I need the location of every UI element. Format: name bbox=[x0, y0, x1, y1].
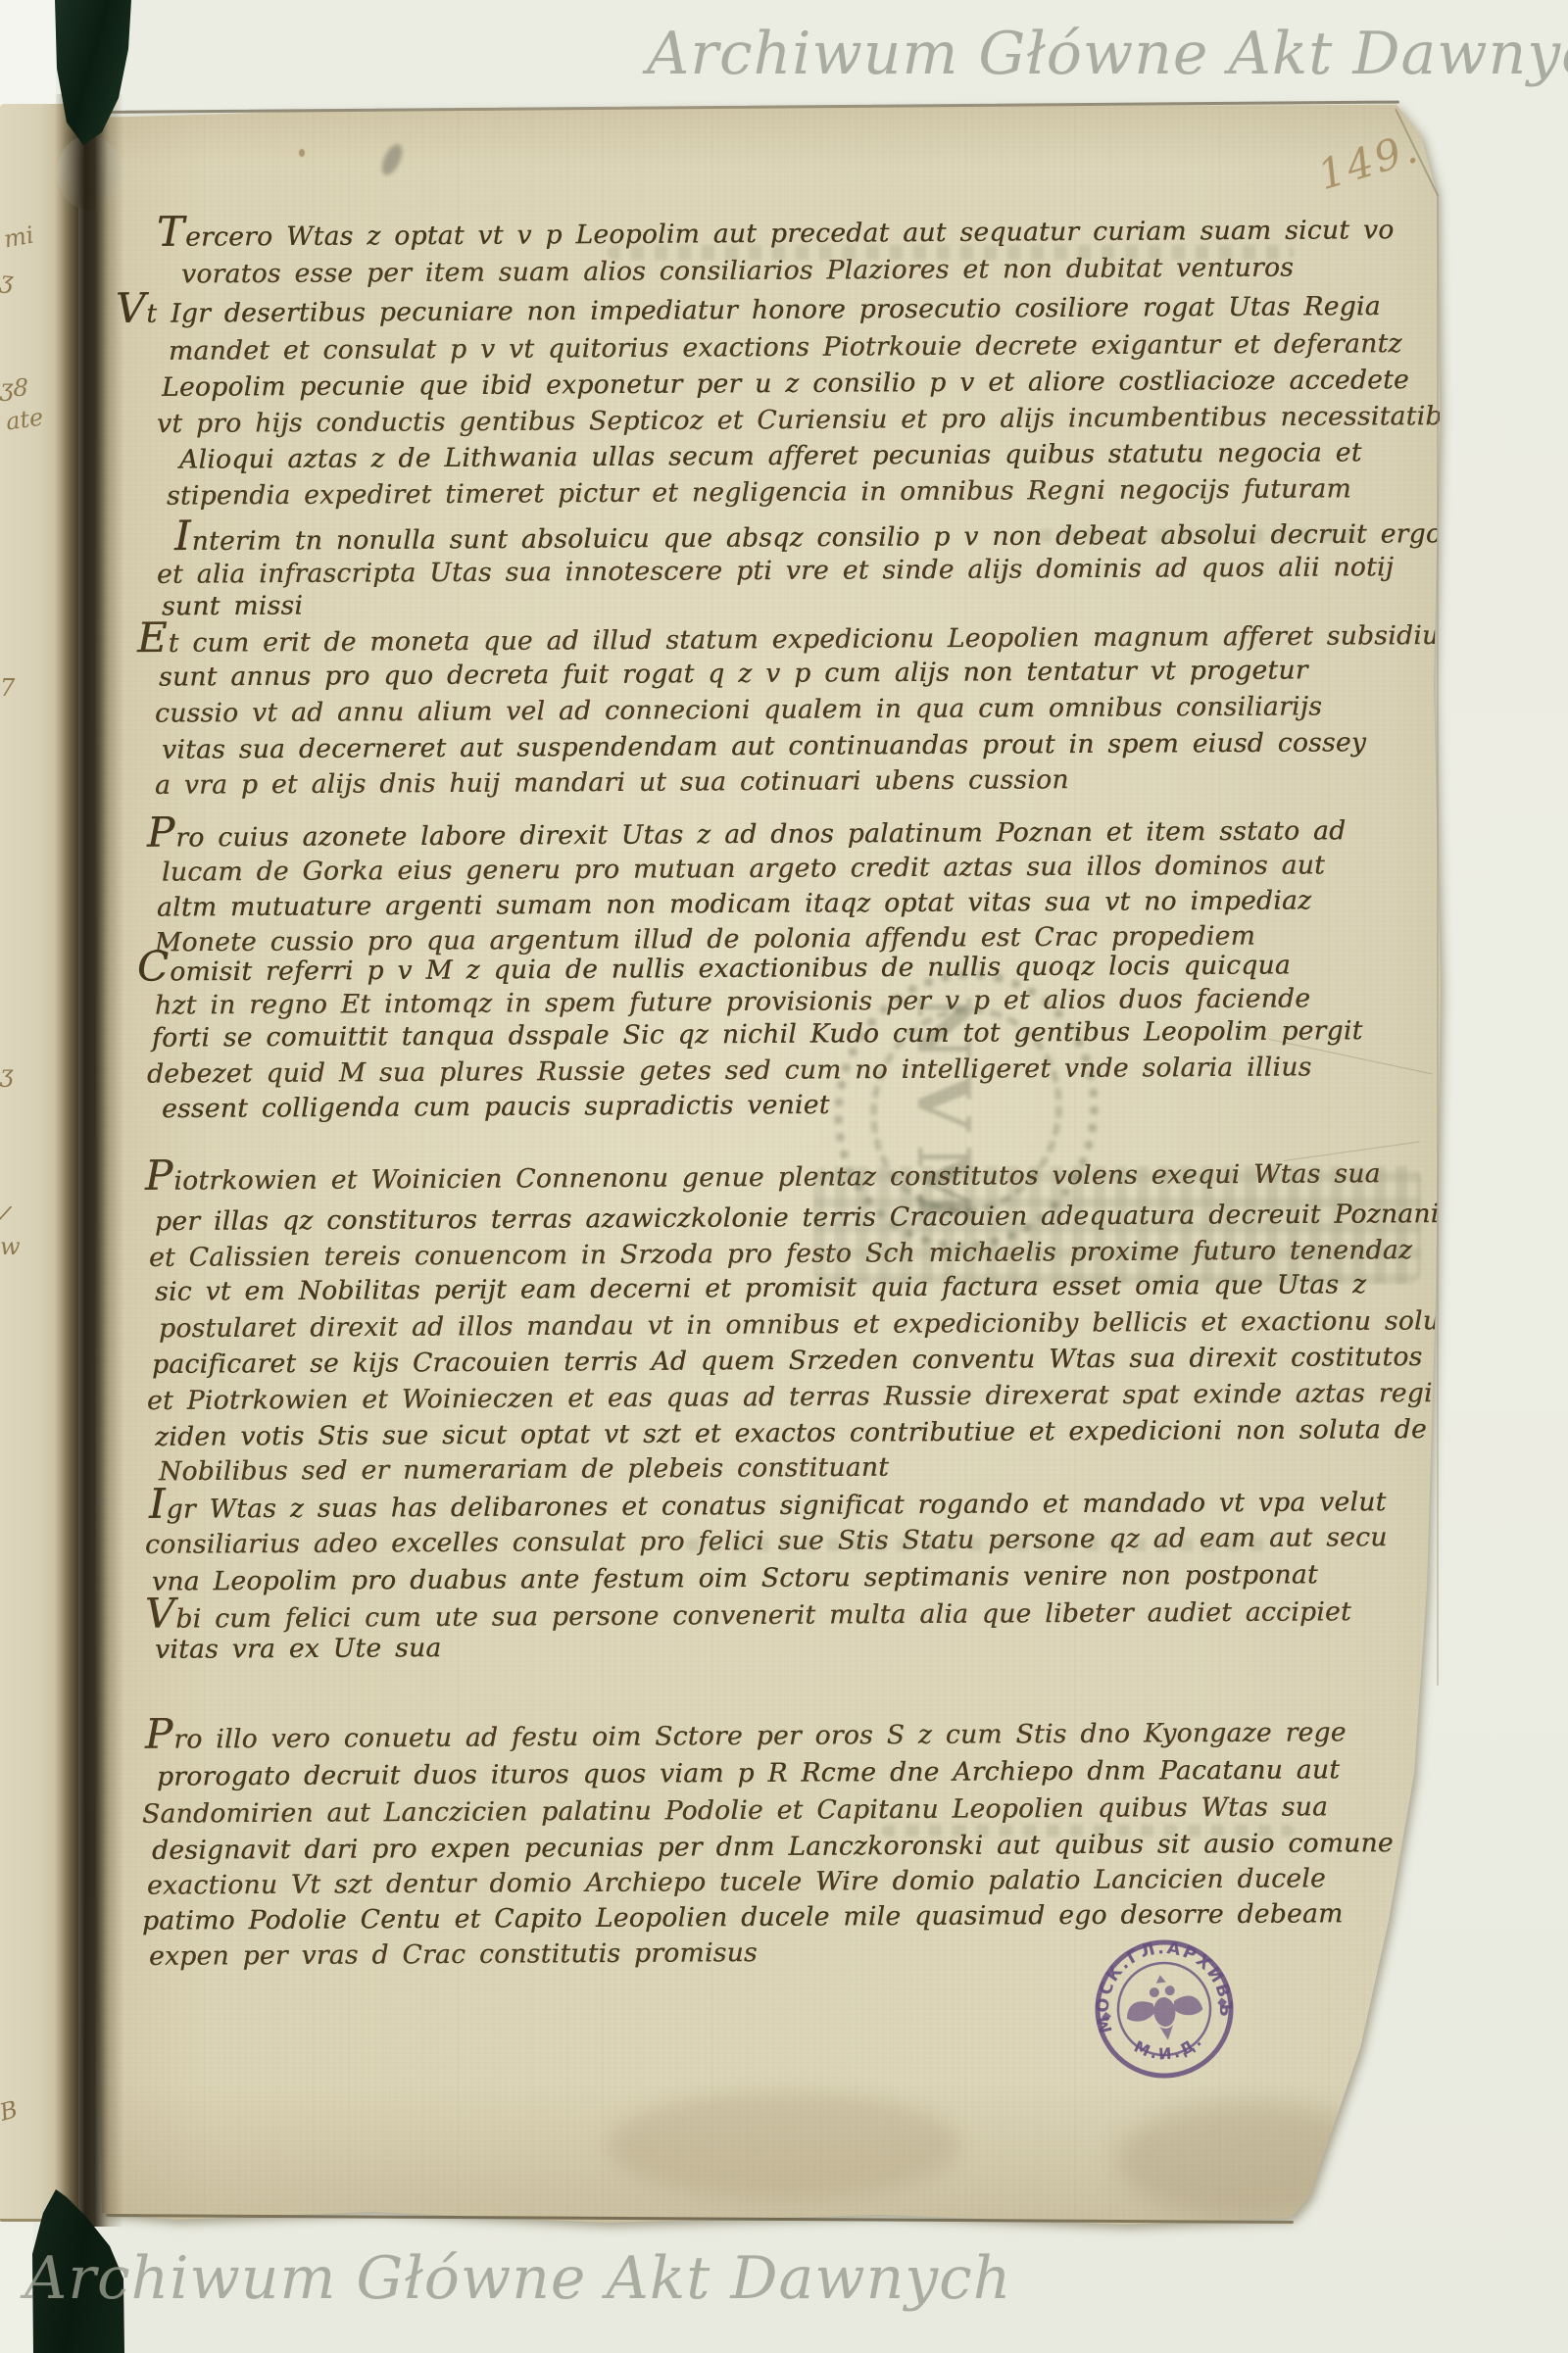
manuscript-line: ziden votis Stis sue sicut optat vt szt … bbox=[155, 1415, 1427, 1456]
manuscript-line: pacificaret se kijs Cracouien terris Ad … bbox=[152, 1343, 1423, 1384]
manuscript-line: essent colligenda cum paucis supradictis… bbox=[162, 1091, 830, 1128]
manuscript-line: et alia infrascripta Utas sua innotescer… bbox=[157, 553, 1394, 594]
manuscript-line: Pro illo vero conuetu ad festu oim Sctor… bbox=[145, 1716, 1347, 1756]
archive-watermark-bottom: Archiwum Główne Akt Dawnych bbox=[24, 2244, 1011, 2313]
archive-watermark-top: Archiwum Główne Akt Dawnych bbox=[647, 20, 1568, 88]
manuscript-line: Tercero Wtas z optat vt v p Leopolim aut… bbox=[157, 214, 1395, 255]
manuscript-line: Igr Wtas z suas has delibarones et conat… bbox=[149, 1486, 1387, 1527]
manuscript-text-block: Tercero Wtas z optat vt v p Leopolim aut… bbox=[59, 102, 1445, 2230]
manuscript-line: Sandomirien aut Lanczicien palatinu Podo… bbox=[142, 1792, 1328, 1833]
page-shadow-wrapper: NVM Tercero Wtas z optat vt v p Leopolim… bbox=[0, 0, 1568, 2353]
manuscript-scan: miʒʒ8ate7ʒ/wB NVM Tercero Wtas z optat v… bbox=[0, 0, 1568, 2353]
manuscript-line: sunt annus pro quo decreta fuit rogat q … bbox=[159, 656, 1308, 696]
manuscript-line: Pro cuius azonete labore direxit Utas z … bbox=[147, 814, 1347, 855]
gutter-shadow bbox=[55, 94, 123, 2227]
manuscript-line: Nobilibus sed er numerariam de plebeis c… bbox=[159, 1453, 889, 1492]
manuscript-line: prorogato decruit duos ituros quos viam … bbox=[157, 1755, 1340, 1795]
manuscript-line: Leopolim pecunie que ibid exponetur per … bbox=[162, 366, 1409, 407]
manuscript-line: sic vt em Nobilitas perijt eam decerni e… bbox=[155, 1270, 1366, 1311]
manuscript-line: consiliarius adeo excelles consulat pro … bbox=[145, 1523, 1388, 1564]
manuscript-line: Vt Igr desertibus pecuniare non impediat… bbox=[116, 290, 1381, 331]
manuscript-line: et Piotrkowien et Woinieczen et eas quas… bbox=[147, 1379, 1448, 1420]
manuscript-line: per illas qz constituros terras azawiczk… bbox=[155, 1200, 1472, 1241]
manuscript-line: vitas sua decerneret aut suspendendam au… bbox=[162, 728, 1366, 769]
manuscript-line: vna Leopolim pro duabus ante festum oim … bbox=[152, 1560, 1318, 1600]
manuscript-line: Vbi cum felici cum ute sua persone conve… bbox=[145, 1595, 1351, 1637]
manuscript-line: Comisit referri p v M z quia de nullis e… bbox=[137, 949, 1291, 989]
manuscript-line: a vra p et alijs dnis huij mandari ut su… bbox=[155, 765, 1069, 805]
manuscript-line: mandet et consulat p v vt quitorius exac… bbox=[169, 329, 1402, 370]
page-right-edge bbox=[1437, 196, 1439, 1686]
manuscript-line: Alioqui aztas z de Lithwania ullas secum… bbox=[179, 438, 1362, 478]
manuscript-page: NVM Tercero Wtas z optat vt v p Leopolim… bbox=[59, 102, 1445, 2230]
manuscript-line: Piotrkowien et Woinicien Connenonu genue… bbox=[145, 1157, 1381, 1199]
manuscript-line: stipendia expediret timeret pictur et ne… bbox=[167, 474, 1351, 515]
manuscript-line: sunt missi bbox=[162, 592, 303, 626]
manuscript-line: vt pro hijs conductis gentibus Septicoz … bbox=[157, 402, 1473, 443]
manuscript-line: forti se comuittit tanqua dsspale Sic qz… bbox=[152, 1016, 1363, 1057]
archive-stamp: МОСК.ГЛ.АРХИВЪ М.И.Д. bbox=[1081, 1926, 1248, 2092]
manuscript-line: expen per vras d Crac constitutis promis… bbox=[149, 1938, 758, 1976]
manuscript-line: voratos esse per item suam alios consili… bbox=[181, 254, 1294, 294]
manuscript-line: vitas vra ex Ute sua bbox=[155, 1634, 442, 1669]
manuscript-line: cussio vt ad annu alium vel ad connecion… bbox=[155, 692, 1322, 732]
manuscript-line: debezet quid M sua plures Russie getes s… bbox=[147, 1053, 1312, 1093]
